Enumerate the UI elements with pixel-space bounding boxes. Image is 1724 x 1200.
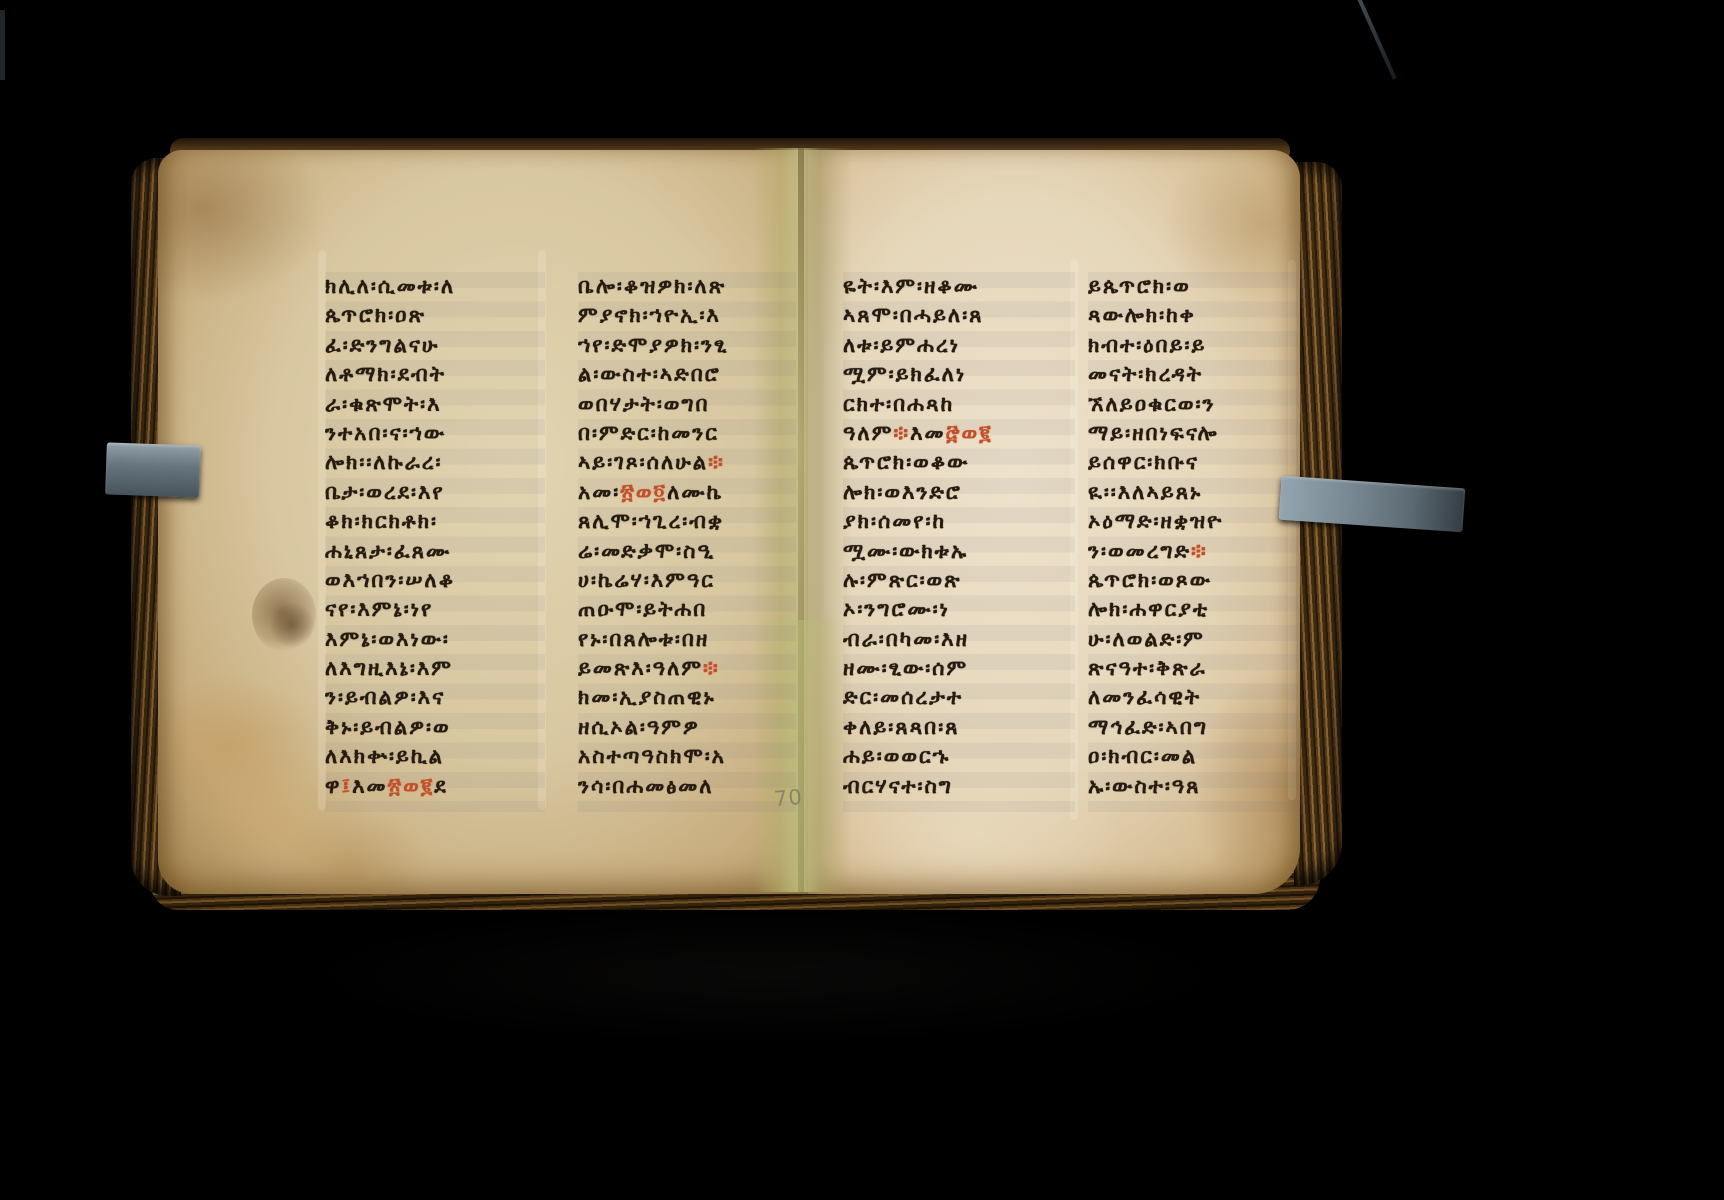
manuscript-text-line: ኣጸሞ፡በሓይለ፡ጸ — [843, 301, 1075, 330]
ink-stain — [270, 602, 314, 648]
manuscript-text-line: ሁ፡ለወልድ፡ም — [1088, 625, 1298, 654]
black-ink-segment: ደ — [434, 774, 447, 798]
red-ink-segment: ፨ — [708, 450, 725, 474]
black-ink-segment: ሐኒጸታ፡ፈጸሙ — [325, 539, 451, 563]
black-ink-segment: ዐ፡ክብር፡መል — [1088, 744, 1197, 768]
black-ink-segment: ንሳ፡በሐመፅመለ — [578, 774, 714, 798]
black-ink-segment: ሎክ፡ሐዋርያቲ — [1088, 597, 1209, 621]
manuscript-text-line: ሬ፡መድቃሞ፡ስዒ — [578, 537, 796, 566]
black-ink-segment: ለእክቍ፡ይኪል — [325, 744, 444, 768]
manuscript-text-line: ሎክ፡ሐዋርያቲ — [1088, 595, 1298, 624]
black-ink-segment: ጴጥሮክ፡ወቆው — [843, 450, 969, 474]
black-ink-segment: ን፡ይብልዎ፡እና — [325, 685, 445, 709]
manuscript-text-line: ንሳ፡በሐመፅመለ — [578, 772, 796, 801]
manuscript-text-line: ክመ፡ኢያስጠዊኑ — [578, 683, 796, 712]
manuscript-text-line: አመ፡፳ወ፬ለሙኬ — [578, 478, 796, 507]
black-ink-segment: ሁ፡ለወልድ፡ም — [1088, 627, 1205, 651]
black-ink-segment: ኀየ፡ድሞያዎክ፡ንፂ — [578, 333, 729, 357]
manuscript-text-line: ዐ፡ክብር፡መል — [1088, 742, 1298, 771]
text-column-right-1: ዬት፡እም፡ዘቆሙኣጸሞ፡በሓይለ፡ጸለቱ፡ይምሐረነሟም፡ይክፈለነርክተ፡በ… — [843, 272, 1075, 812]
manuscript-text-line: መናት፡ክረዳት — [1088, 360, 1298, 389]
manuscript-text-line: ዘሙ፡ፂው፡ሰም — [843, 654, 1075, 683]
manuscript-text-line: ቤታ፡ወረደ፡እየ — [325, 478, 545, 507]
text-column-right-2: ይጴጥሮክ፡ወጻውሎክ፡ከቀክብተ፡ዕበይ፡ይመናት፡ክረዳትኧለይዐቁርወ፡ን… — [1088, 272, 1298, 812]
text-column-left-1: ክሊለ፡ሲመቱ፡ለጴጥሮክ፡ዐጽፈ፡ድንግልናሁለቶማክ፡ደብትራ፡ቁጽሞት፡እ… — [325, 272, 545, 812]
manuscript-text-line: ብርሃናተ፡ስግ — [843, 772, 1075, 801]
black-ink-segment: ለቶማክ፡ደብት — [325, 362, 446, 386]
manuscript-text-line: ለቶማክ፡ደብት — [325, 360, 545, 389]
manuscript-text-line: ወበሃታት፡ወግበ — [578, 390, 796, 419]
black-ink-segment: ሟም፡ይክፈለነ — [843, 362, 966, 386]
manuscript-text-line: ድር፡መሰረታተ — [843, 683, 1075, 712]
manuscript-text-line: ፈ፡ድንግልናሁ — [325, 331, 545, 360]
black-ink-segment: ወበሃታት፡ወግበ — [578, 392, 710, 416]
black-ink-segment: መናት፡ክረዳት — [1088, 362, 1203, 386]
black-ink-segment: ናየ፡እምኔ፡ነየ — [325, 597, 433, 621]
manuscript-text-line: ኡ፡ውስተ፡ዓጸ — [1088, 772, 1298, 801]
black-ink-segment: ኣጸሞ፡በሓይለ፡ጸ — [843, 303, 983, 327]
black-ink-segment: ጸሊሞ፡ኀጊረ፡ብቋ — [578, 509, 724, 533]
black-ink-segment: ዪ፡፡እለኣይጸኑ — [1088, 480, 1202, 504]
manuscript-text-line: ለመንፈሳዊት — [1088, 683, 1298, 712]
black-ink-segment: ኡ፡ውስተ፡ዓጸ — [1088, 774, 1200, 798]
black-ink-segment: ጠዑሞ፡ይትሐበ — [578, 597, 707, 621]
black-ink-segment: የኑ፡በጸሎቱ፡በዘ — [578, 627, 709, 651]
manuscript-text-line: ዘሲኦል፡ዓምዎ — [578, 713, 796, 742]
black-ink-segment: ለመንፈሳዊት — [1088, 685, 1201, 709]
manuscript-text-line: የኑ፡በጸሎቱ፡በዘ — [578, 625, 796, 654]
manuscript-text-line: ዋ፤እመ፳ወ፪ደ — [325, 772, 545, 801]
manuscript-text-line: ቆክ፡ክርክቶክ፡ — [325, 507, 545, 536]
black-ink-segment: ቅኑ፡ይብልዎ፡ወ — [325, 715, 451, 739]
manuscript-text-line: ጠዑሞ፡ይትሐበ — [578, 595, 796, 624]
manuscript-text-line: ል፡ውስተ፡ኣድበሮ — [578, 360, 796, 389]
manuscript-text-line: ሟም፡ይክፈለነ — [843, 360, 1075, 389]
manuscript-text-line: እምኔ፡ወእነው፡ — [325, 625, 545, 654]
manuscript-text-line: ለእክቍ፡ይኪል — [325, 742, 545, 771]
manuscript-text-line: ወእኀበን፡ሠለቆ — [325, 566, 545, 595]
manuscript-text-line: ንተአበ፡ና፡ኀው — [325, 419, 545, 448]
black-ink-segment: ለቱ፡ይምሐረነ — [843, 333, 960, 357]
black-ink-segment: ዋ — [325, 774, 341, 798]
manuscript-text-line: ዓለም፨እመ፸ወ፪ — [843, 419, 1075, 448]
manuscript-text-line: ምያኖክ፡ኀዮኢ፡እ — [578, 301, 796, 330]
black-ink-segment: ቤሎ፡ቆዝዎክ፡ለጽ — [578, 274, 726, 298]
manuscript-text-line: ን፡ይብልዎ፡እና — [325, 683, 545, 712]
manuscript-text-line: ን፡ወመረግድ፨ — [1088, 537, 1298, 566]
black-ink-segment: ሎክ፡ወእንድሮ — [843, 480, 962, 504]
black-ink-segment: ንተአበ፡ና፡ኀው — [325, 421, 446, 445]
black-ink-segment: ሟሙ፡ውክቱኡ — [843, 539, 968, 563]
black-ink-segment: ማኅፈድ፡ኣበግ — [1088, 715, 1208, 739]
manuscript-text-line: ማይ፡ዘበነፍናሎ — [1088, 419, 1298, 448]
black-ink-segment: ጽናዓተ፡ቅጽራ — [1088, 656, 1207, 680]
black-ink-segment: ሉ፡ምጽር፡ወጽ — [843, 568, 962, 592]
black-ink-segment: ሐይ፡ወወርኁ — [843, 744, 950, 768]
folio-number-pencil: 70 — [773, 785, 804, 811]
manuscript-text-line: ርክተ፡በሐጻከ — [843, 390, 1075, 419]
manuscript-text-line: ሐይ፡ወወርኁ — [843, 742, 1075, 771]
manuscript-photograph: ክሊለ፡ሲመቱ፡ለጴጥሮክ፡ዐጽፈ፡ድንግልናሁለቶማክ፡ደብትራ፡ቁጽሞት፡እ… — [0, 0, 1724, 1200]
manuscript-text-line: ራ፡ቁጽሞት፡እ — [325, 390, 545, 419]
black-ink-segment: ል፡ውስተ፡ኣድበሮ — [578, 362, 721, 386]
manuscript-text-line: ያክ፡ሰመየ፡ከ — [843, 507, 1075, 536]
red-ink-segment: ፳ወ፬ — [620, 480, 667, 504]
black-ink-segment: ድር፡መሰረታተ — [843, 685, 963, 709]
text-column-left-2: ቤሎ፡ቆዝዎክ፡ለጽምያኖክ፡ኀዮኢ፡እኀየ፡ድሞያዎክ፡ንፂል፡ውስተ፡ኣድበ… — [578, 272, 796, 812]
black-ink-segment: ጴጥሮክ፡ወጾው — [1088, 568, 1212, 592]
manuscript-text-line: ጸሊሞ፡ኀጊረ፡ብቋ — [578, 507, 796, 536]
manuscript-text-line: ማኅፈድ፡ኣበግ — [1088, 713, 1298, 742]
black-ink-segment: ይጴጥሮክ፡ወ — [1088, 274, 1191, 298]
manuscript-text-line: ናየ፡እምኔ፡ነየ — [325, 595, 545, 624]
black-ink-segment: ምያኖክ፡ኀዮኢ፡እ — [578, 303, 721, 327]
manuscript-text-line: ኣይ፡ገጾ፡ሰለሁል፨ — [578, 448, 796, 477]
bookmark-ribbon-left — [105, 442, 201, 497]
black-ink-segment: እመ — [910, 421, 945, 445]
black-ink-segment: ለእግዚእኔ፡እም — [325, 656, 453, 680]
black-ink-segment: በ፡ምድር፡ከመንር — [578, 421, 719, 445]
black-ink-segment: ጻውሎክ፡ከቀ — [1088, 303, 1196, 327]
manuscript-text-line: በ፡ምድር፡ከመንር — [578, 419, 796, 448]
manuscript-text-line: ጴጥሮክ፡ዐጽ — [325, 301, 545, 330]
manuscript-text-line: ለቱ፡ይምሐረነ — [843, 331, 1075, 360]
manuscript-text-line: ጴጥሮክ፡ወጾው — [1088, 566, 1298, 595]
black-ink-segment: ቀለይ፡ጸጻበ፡ጸ — [843, 715, 959, 739]
manuscript-text-line: ዪ፡፡እለኣይጸኑ — [1088, 478, 1298, 507]
black-ink-segment: ራ፡ቁጽሞት፡እ — [325, 392, 442, 416]
table-reflection — [290, 905, 1240, 1045]
red-ink-segment: ፤ — [341, 774, 352, 798]
black-ink-segment: ሬ፡መድቃሞ፡ስዒ — [578, 539, 715, 563]
manuscript-text-line: ብራ፡በካመ፡እዘ — [843, 625, 1075, 654]
edge-reflection-top-left — [0, 10, 5, 80]
black-ink-segment: ያክ፡ሰመየ፡ከ — [843, 509, 946, 533]
black-ink-segment: ቤታ፡ወረደ፡እየ — [325, 480, 445, 504]
manuscript-text-line: ይጴጥሮክ፡ወ — [1088, 272, 1298, 301]
manuscript-text-line: ይመጽእ፡ዓለም፨ — [578, 654, 796, 683]
manuscript-text-line: ኦ፡ንግሮሙ፡ነ — [843, 595, 1075, 624]
black-ink-segment: ዘሙ፡ፂው፡ሰም — [843, 656, 968, 680]
black-ink-segment: ክመ፡ኢያስጠዊኑ — [578, 685, 716, 709]
manuscript-text-line: ክሊለ፡ሲመቱ፡ለ — [325, 272, 545, 301]
manuscript-text-line: ሀ፡ኬሬሃ፡እምዓር — [578, 566, 796, 595]
black-ink-segment: እመ — [352, 774, 387, 798]
red-ink-segment: ፸ወ፪ — [946, 421, 993, 445]
red-ink-segment: ፨ — [1191, 539, 1208, 563]
black-ink-segment: ዓለም — [843, 421, 893, 445]
black-ink-segment: ብርሃናተ፡ስግ — [843, 774, 953, 798]
string-shadow-top-right — [1354, 0, 1397, 80]
black-ink-segment: ኦ፡ንግሮሙ፡ነ — [843, 597, 950, 621]
black-ink-segment: ክብተ፡ዕበይ፡ይ — [1088, 333, 1206, 357]
black-ink-segment: ዬት፡እም፡ዘቆሙ — [843, 274, 979, 298]
black-ink-segment: ን፡ወመረግድ — [1088, 539, 1191, 563]
manuscript-text-line: ክብተ፡ዕበይ፡ይ — [1088, 331, 1298, 360]
manuscript-text-line: ቅኑ፡ይብልዎ፡ወ — [325, 713, 545, 742]
black-ink-segment: ማይ፡ዘበነፍናሎ — [1088, 421, 1219, 445]
book-right-page-edges — [1294, 162, 1342, 886]
manuscript-text-line: ጻውሎክ፡ከቀ — [1088, 301, 1298, 330]
black-ink-segment: ክሊለ፡ሲመቱ፡ለ — [325, 274, 455, 298]
red-ink-segment: ፨ — [893, 421, 910, 445]
black-ink-segment: ርክተ፡በሐጻከ — [843, 392, 954, 416]
black-ink-segment: ሎክ፡፡ለኩራረ፡ — [325, 450, 442, 474]
manuscript-text-line: ሎክ፡ወእንድሮ — [843, 478, 1075, 507]
manuscript-text-line: ዬት፡እም፡ዘቆሙ — [843, 272, 1075, 301]
black-ink-segment: አመ፡ — [578, 480, 620, 504]
black-ink-segment: ወእኀበን፡ሠለቆ — [325, 568, 455, 592]
manuscript-text-line: ሎክ፡፡ለኩራረ፡ — [325, 448, 545, 477]
black-ink-segment: ይሰዋር፡ክቡና — [1088, 450, 1199, 474]
manuscript-text-line: ሉ፡ምጽር፡ወጽ — [843, 566, 1075, 595]
black-ink-segment: እምኔ፡ወእነው፡ — [325, 627, 450, 651]
black-ink-segment: ኦዕማድ፡ዘቋዝዮ — [1088, 509, 1223, 533]
manuscript-text-line: ጴጥሮክ፡ወቆው — [843, 448, 1075, 477]
red-ink-segment: ፨ — [703, 656, 720, 680]
black-ink-segment: ብራ፡በካመ፡እዘ — [843, 627, 969, 651]
black-ink-segment: ቆክ፡ክርክቶክ፡ — [325, 509, 438, 533]
black-ink-segment: ይመጽእ፡ዓለም — [578, 656, 703, 680]
black-ink-segment: ሀ፡ኬሬሃ፡እምዓር — [578, 568, 715, 592]
manuscript-text-line: ኧለይዐቁርወ፡ን — [1088, 390, 1298, 419]
manuscript-text-line: አስተጣዓስክሞ፡አ — [578, 742, 796, 771]
manuscript-text-line: ይሰዋር፡ክቡና — [1088, 448, 1298, 477]
black-ink-segment: ለሙኬ — [667, 480, 723, 504]
black-ink-segment: አስተጣዓስክሞ፡አ — [578, 744, 726, 768]
manuscript-text-line: ጽናዓተ፡ቅጽራ — [1088, 654, 1298, 683]
red-ink-segment: ፳ወ፪ — [388, 774, 435, 798]
manuscript-text-line: ሟሙ፡ውክቱኡ — [843, 537, 1075, 566]
manuscript-text-line: ሐኒጸታ፡ፈጸሙ — [325, 537, 545, 566]
manuscript-text-line: ቀለይ፡ጸጻበ፡ጸ — [843, 713, 1075, 742]
black-ink-segment: ዘሲኦል፡ዓምዎ — [578, 715, 700, 739]
black-ink-segment: ኧለይዐቁርወ፡ን — [1088, 392, 1216, 416]
manuscript-text-line: ኀየ፡ድሞያዎክ፡ንፂ — [578, 331, 796, 360]
manuscript-text-line: ቤሎ፡ቆዝዎክ፡ለጽ — [578, 272, 796, 301]
black-ink-segment: ኣይ፡ገጾ፡ሰለሁል — [578, 450, 708, 474]
black-ink-segment: ፈ፡ድንግልናሁ — [325, 333, 439, 357]
black-ink-segment: ጴጥሮክ፡ዐጽ — [325, 303, 426, 327]
manuscript-text-line: ኦዕማድ፡ዘቋዝዮ — [1088, 507, 1298, 536]
manuscript-text-line: ለእግዚእኔ፡እም — [325, 654, 545, 683]
